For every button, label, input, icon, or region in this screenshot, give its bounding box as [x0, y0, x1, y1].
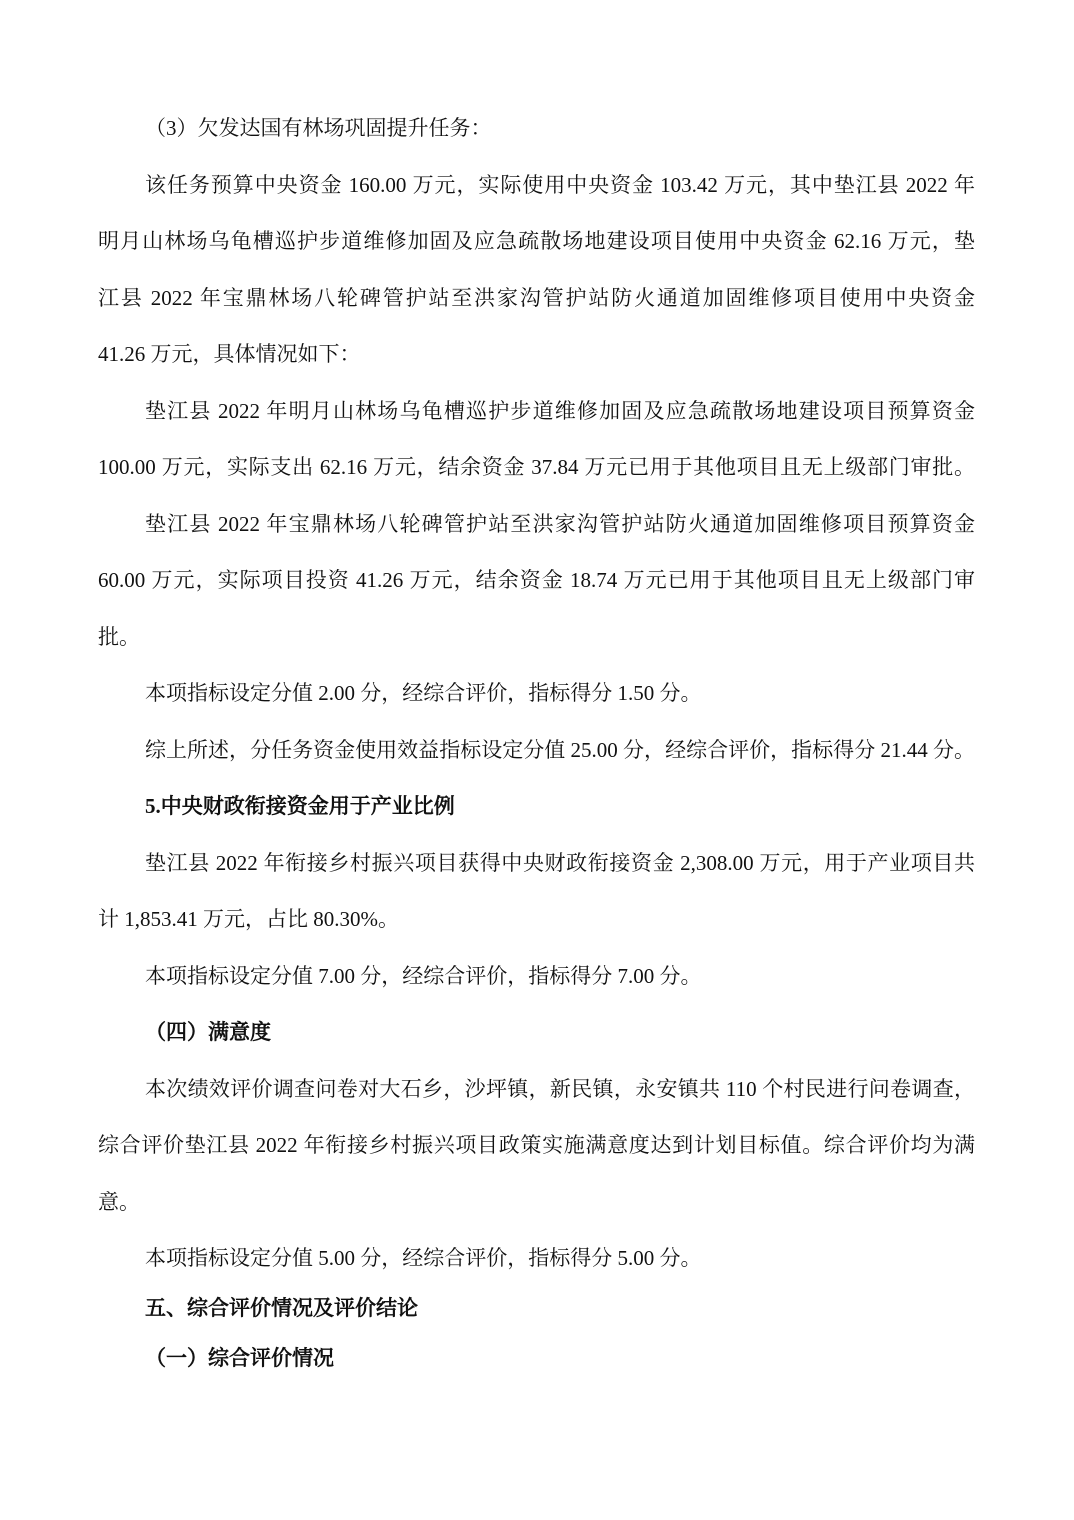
paragraph-line: 批。 [98, 609, 975, 666]
score-summary-line: 综上所述，分任务资金使用效益指标设定分值 25.00 分，经综合评价，指标得分 … [98, 722, 975, 779]
paragraph-line: 垫江县 2022 年明月山林场乌龟槽巡护步道维修加固及应急疏散场地建设项目预算资… [98, 383, 975, 440]
paragraph-line: 江县 2022 年宝鼎林场八轮碑管护站至洪家沟管护站防火通道加固维修项目使用中央… [98, 270, 975, 327]
heading-line: 5.中央财政衔接资金用于产业比例 [98, 778, 975, 835]
document-body: （3）欠发达国有林场巩固提升任务： 该任务预算中央资金 160.00 万元，实际… [98, 100, 975, 1386]
paragraph-line: 垫江县 2022 年宝鼎林场八轮碑管护站至洪家沟管护站防火通道加固维修项目预算资… [98, 496, 975, 553]
paragraph-line: 计 1,853.41 万元，占比 80.30%。 [98, 891, 975, 948]
paragraph-line: 本次绩效评价调查问卷对大石乡，沙坪镇，新民镇，永安镇共 110 个村民进行问卷调… [98, 1061, 975, 1118]
paragraph-line: 综合评价垫江县 2022 年衔接乡村振兴项目政策实施满意度达到计划目标值。综合评… [98, 1117, 975, 1174]
document-page: （3）欠发达国有林场巩固提升任务： 该任务预算中央资金 160.00 万元，实际… [0, 0, 1074, 1520]
score-summary-line: 本项指标设定分值 7.00 分，经综合评价，指标得分 7.00 分。 [98, 948, 975, 1005]
subitem-title-line: （3）欠发达国有林场巩固提升任务： [98, 100, 975, 157]
score-summary-line: 本项指标设定分值 2.00 分，经综合评价，指标得分 1.50 分。 [98, 665, 975, 722]
paragraph-line: 60.00 万元，实际项目投资 41.26 万元，结余资金 18.74 万元已用… [98, 552, 975, 609]
paragraph-line: 明月山林场乌龟槽巡护步道维修加固及应急疏散场地建设项目使用中央资金 62.16 … [98, 213, 975, 270]
section-heading-line: （一）综合评价情况 [98, 1330, 975, 1387]
heading-line: （四）满意度 [98, 1004, 975, 1061]
paragraph-line: 意。 [98, 1174, 975, 1231]
paragraph-line: 100.00 万元，实际支出 62.16 万元，结余资金 37.84 万元已用于… [98, 439, 975, 496]
score-summary-line: 本项指标设定分值 5.00 分，经综合评价，指标得分 5.00 分。 [98, 1230, 975, 1287]
paragraph-line: 41.26 万元，具体情况如下： [98, 326, 975, 383]
chapter-heading-line: 五、综合评价情况及评价结论 [98, 1287, 975, 1330]
paragraph-line: 该任务预算中央资金 160.00 万元，实际使用中央资金 103.42 万元，其… [98, 157, 975, 214]
paragraph-line: 垫江县 2022 年衔接乡村振兴项目获得中央财政衔接资金 2,308.00 万元… [98, 835, 975, 892]
